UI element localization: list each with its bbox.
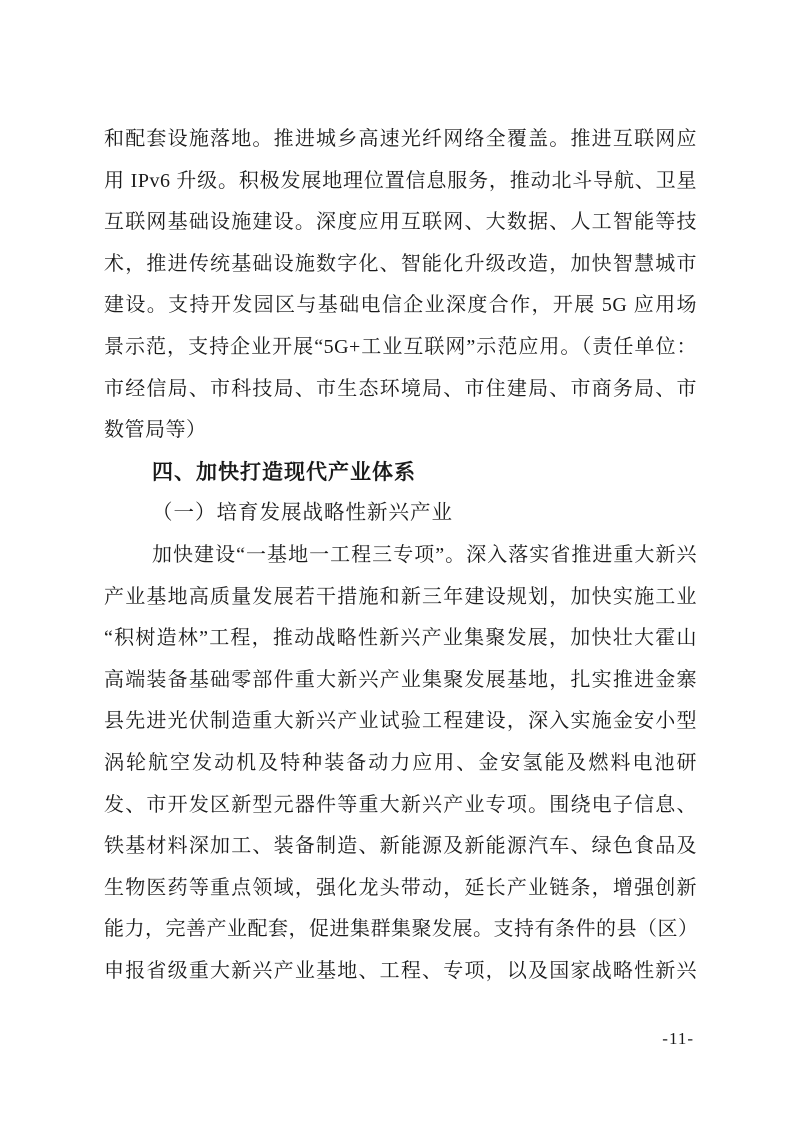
section-heading: 四、加快打造现代产业体系 [104, 452, 697, 494]
page-number: -11- [662, 1029, 694, 1049]
body-line: 景示范，支持企业开展“5G+工业互联网”示范应用。（责任单位： [104, 327, 697, 369]
body-line: 术，推进传统基础设施数字化、智能化升级改造，加快智慧城市 [104, 244, 697, 286]
body-line: 涡轮航空发动机及特种装备动力应用、金安氢能及燃料电池研 [104, 743, 697, 785]
body-line: 发、市开发区新型元器件等重大新兴产业专项。围绕电子信息、 [104, 785, 697, 827]
body-line: 生物医药等重点领域，强化龙头带动，延长产业链条，增强创新 [104, 868, 697, 910]
body-line: 建设。支持开发园区与基础电信企业深度合作，开展 5G 应用场 [104, 285, 697, 327]
body-line: “积树造林”工程，推动战略性新兴产业集聚发展，加快壮大霍山 [104, 618, 697, 660]
body-line: 铁基材料深加工、装备制造、新能源及新能源汽车、绿色食品及 [104, 826, 697, 868]
subsection-heading: （一）培育发展战略性新兴产业 [104, 493, 697, 535]
body-line: 加快建设“一基地一工程三专项”。深入落实省推进重大新兴 [104, 535, 697, 577]
body-line: 和配套设施落地。推进城乡高速光纤网络全覆盖。推进互联网应 [104, 119, 697, 161]
body-line: 高端装备基础零部件重大新兴产业集聚发展基地，扎实推进金寨 [104, 660, 697, 702]
body-line: 县先进光伏制造重大新兴产业试验工程建设，深入实施金安小型 [104, 701, 697, 743]
body-line: 产业基地高质量发展若干措施和新三年建设规划，加快实施工业 [104, 577, 697, 619]
document-body: 和配套设施落地。推进城乡高速光纤网络全覆盖。推进互联网应 用 IPv6 升级。积… [104, 119, 697, 992]
body-line: 数管局等） [104, 410, 697, 452]
body-line: 能力，完善产业配套，促进集群集聚发展。支持有条件的县（区） [104, 909, 697, 951]
body-line: 市经信局、市科技局、市生态环境局、市住建局、市商务局、市 [104, 369, 697, 411]
body-line: 申报省级重大新兴产业基地、工程、专项，以及国家战略性新兴 [104, 951, 697, 993]
body-line: 互联网基础设施建设。深度应用互联网、大数据、人工智能等技 [104, 202, 697, 244]
document-page: 和配套设施落地。推进城乡高速光纤网络全覆盖。推进互联网应 用 IPv6 升级。积… [0, 0, 793, 1122]
body-line: 用 IPv6 升级。积极发展地理位置信息服务，推动北斗导航、卫星 [104, 161, 697, 203]
